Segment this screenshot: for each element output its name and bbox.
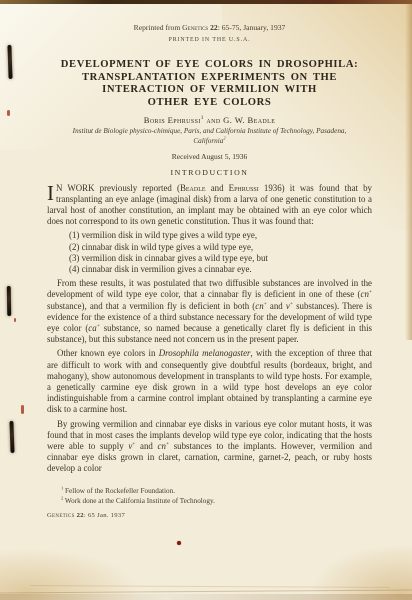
authors-line: Boris Ephrussi1 and G. W. Beadle [47,115,372,125]
footnote-1: 1 Fellow of the Rockefeller Foundation. [47,486,372,496]
printed-in-usa-line: PRINTED IN THE U.S.A. [47,37,372,43]
affiliation-line: Institut de Biologie physico-chimique, P… [60,127,360,146]
reprint-source-line: Reprinted from Genetics 22: 65-75, Janua… [47,23,372,32]
intro-paragraph-1: IN WORK previously reported (Beadle and … [47,183,372,228]
received-date-line: Received August 5, 1936 [47,152,372,161]
footnotes: 1 Fellow of the Rockefeller Foundation. … [47,486,372,506]
scanned-reprint-page: Reprinted from Genetics 22: 65-75, Janua… [0,0,412,600]
paper-edge-right [405,0,412,340]
finding-item-3: (3) vermilion disk in cinnabar gives a w… [69,253,372,264]
article-title: DEVELOPMENT OF EYE COLORS IN DROSOPHILA:… [47,59,372,109]
introduction-heading: INTRODUCTION [47,168,372,177]
footnote-2: 2 Work done at the California Institute … [47,496,372,506]
finding-item-2: (2) cinnabar disk in wild type gives a w… [69,242,372,253]
staple-mark-bottom [9,421,14,453]
intro-paragraph-4: By growing vermilion and cinnabar eye di… [47,419,372,475]
rust-stain [14,318,16,322]
title-line-2: TRANSPLANTATION EXPERIMENTS ON THE [47,72,372,85]
findings-list: (1) vermilion disk in wild type gives a … [69,230,372,275]
title-line-4: OTHER EYE COLORS [47,97,372,110]
red-ink-dot-mark [177,541,181,545]
finding-item-4: (4) cinnabar disk in vermilion gives a c… [69,264,372,275]
paper-bottom-edge [0,594,412,600]
rust-stain [7,110,10,116]
intro-paragraph-2: From these results, it was postulated th… [47,278,372,345]
title-line-3: INTERACTION OF VERMILION WITH [47,84,372,97]
title-line-1: DEVELOPMENT OF EYE COLORS IN DROSOPHILA: [47,59,372,72]
page-content: Reprinted from Genetics 22: 65-75, Janua… [47,4,372,519]
journal-footer-line: Genetics 22: 65 Jan. 1937 [47,512,372,519]
finding-item-1: (1) vermilion disk in wild type gives a … [69,230,372,241]
staple-mark-middle [7,286,12,316]
rust-stain [21,405,24,414]
intro-paragraph-3: Other known eye colors in Drosophila mel… [47,348,372,415]
